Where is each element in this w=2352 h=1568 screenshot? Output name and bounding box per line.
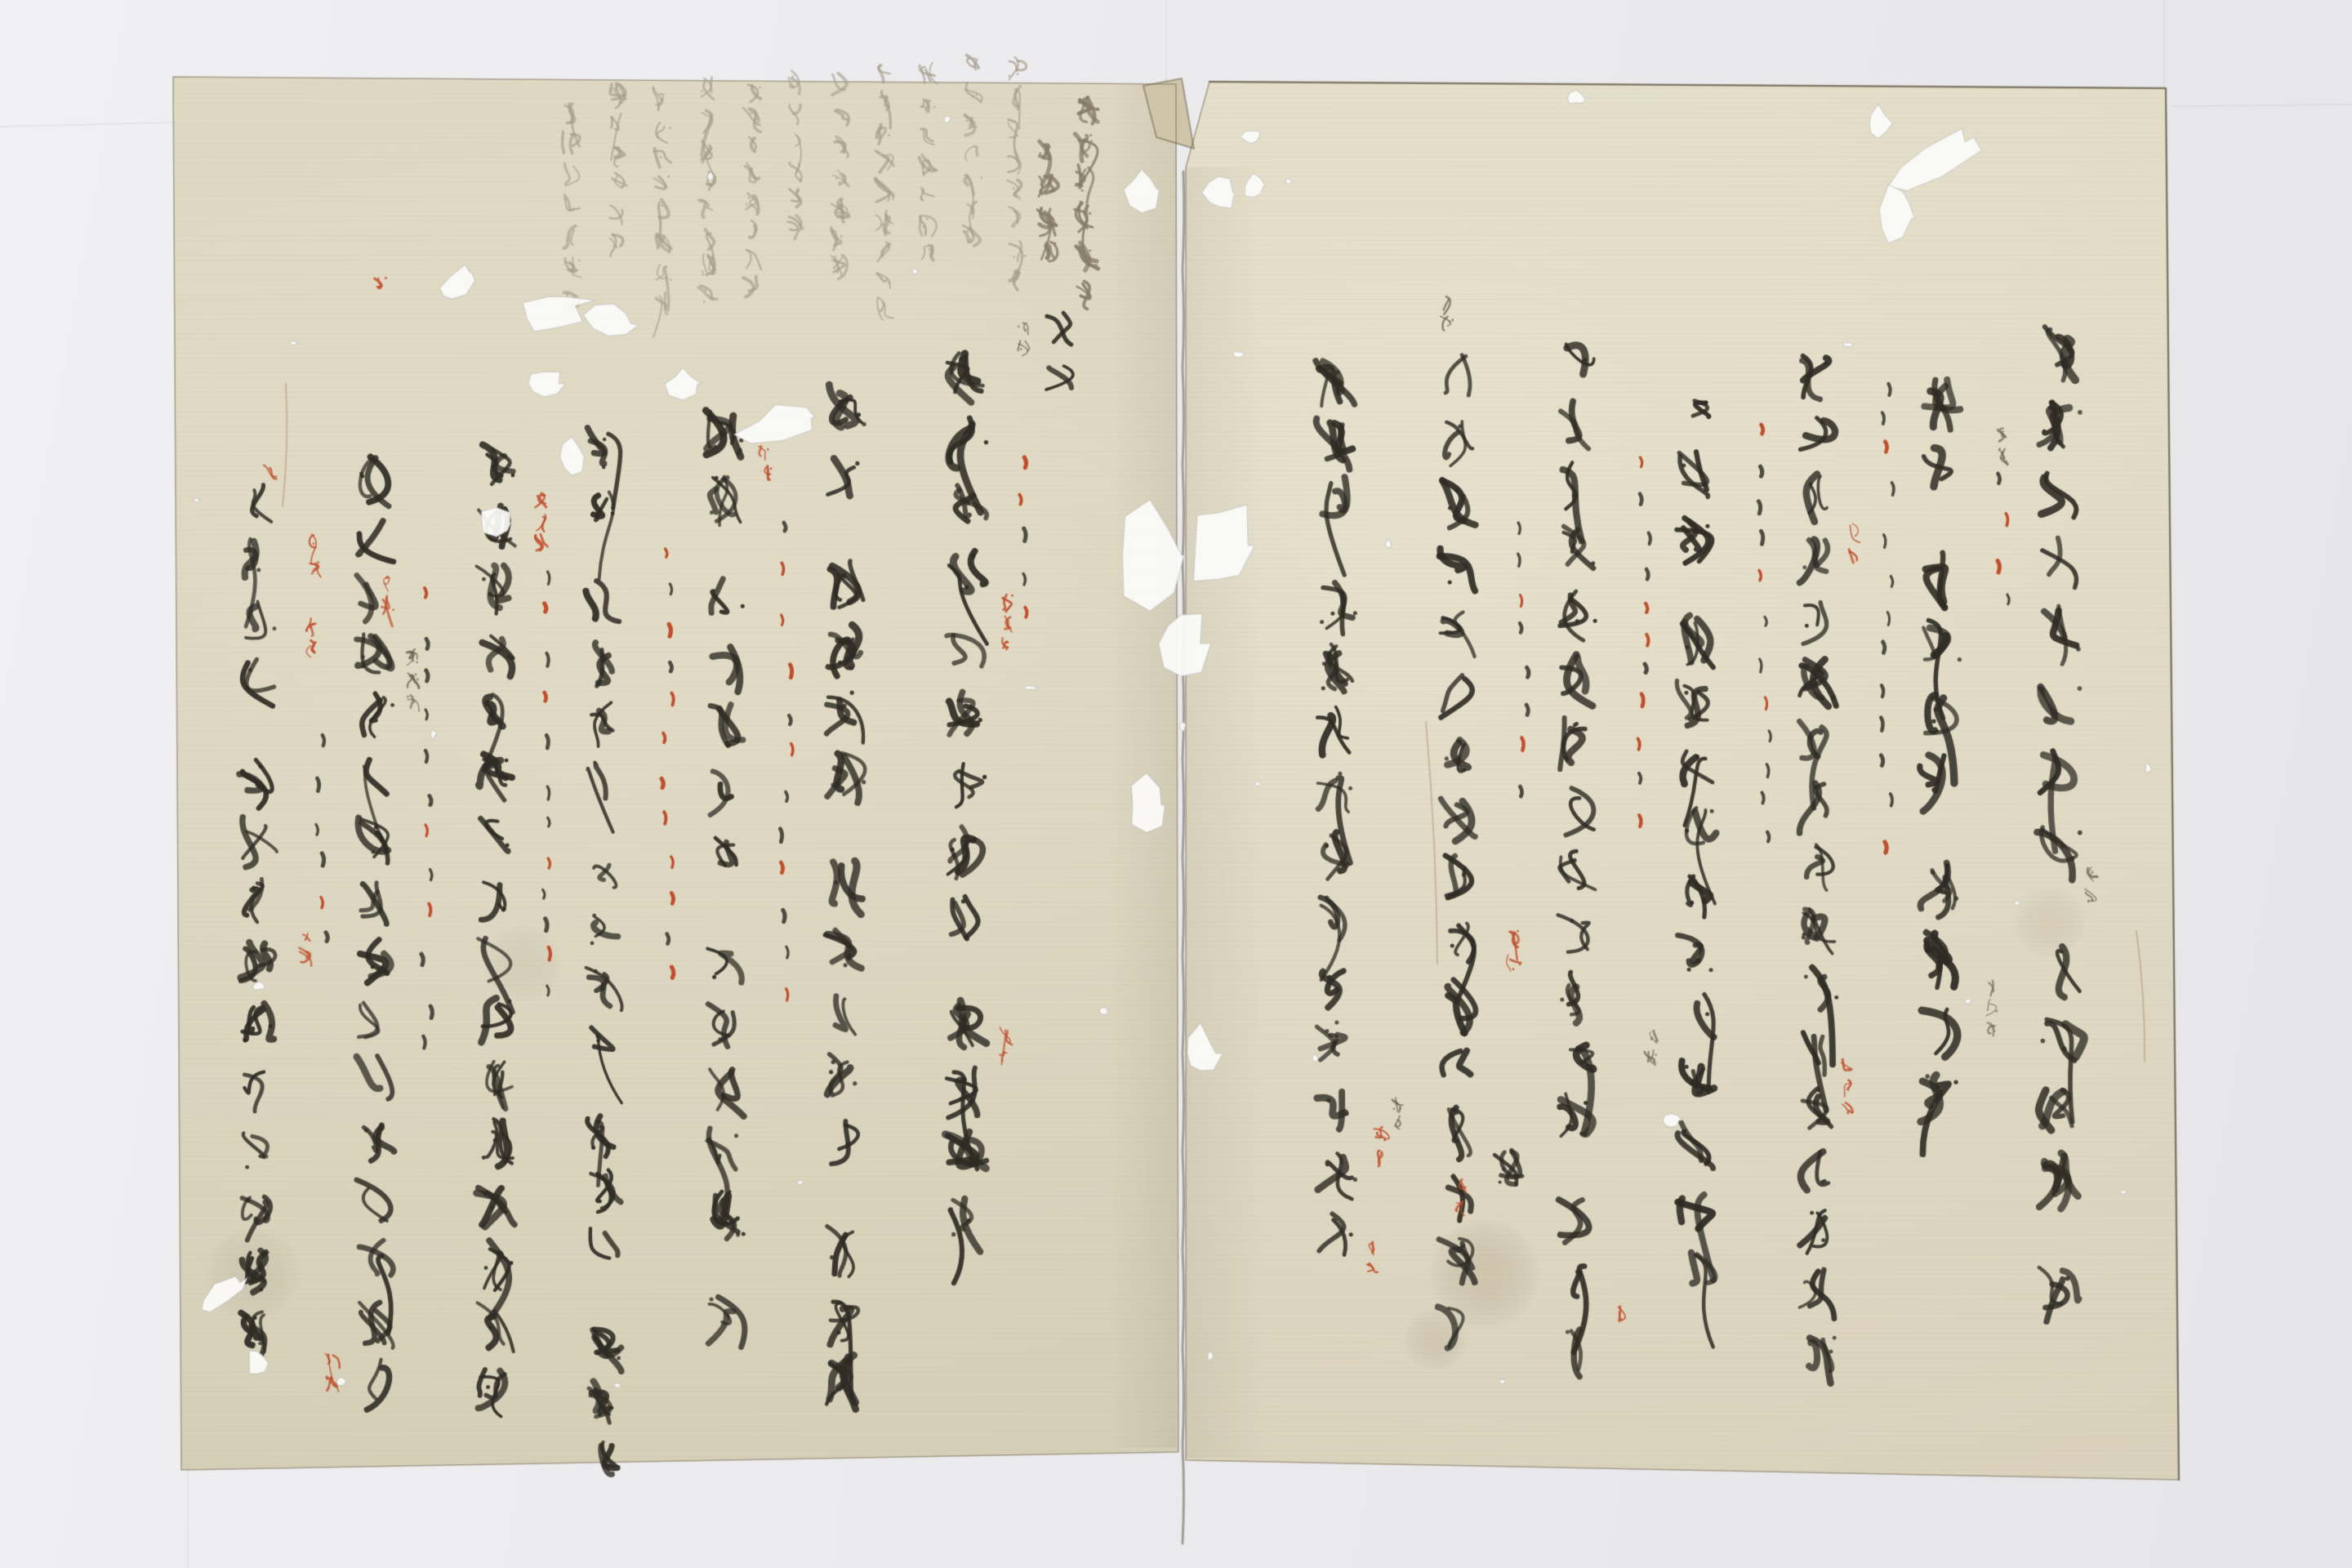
calligraphy-canvas — [0, 0, 2352, 1568]
manuscript-photo: 拾遺和歌集巻 第九雑下 Photograph of a two-page spr… — [0, 0, 2352, 1568]
